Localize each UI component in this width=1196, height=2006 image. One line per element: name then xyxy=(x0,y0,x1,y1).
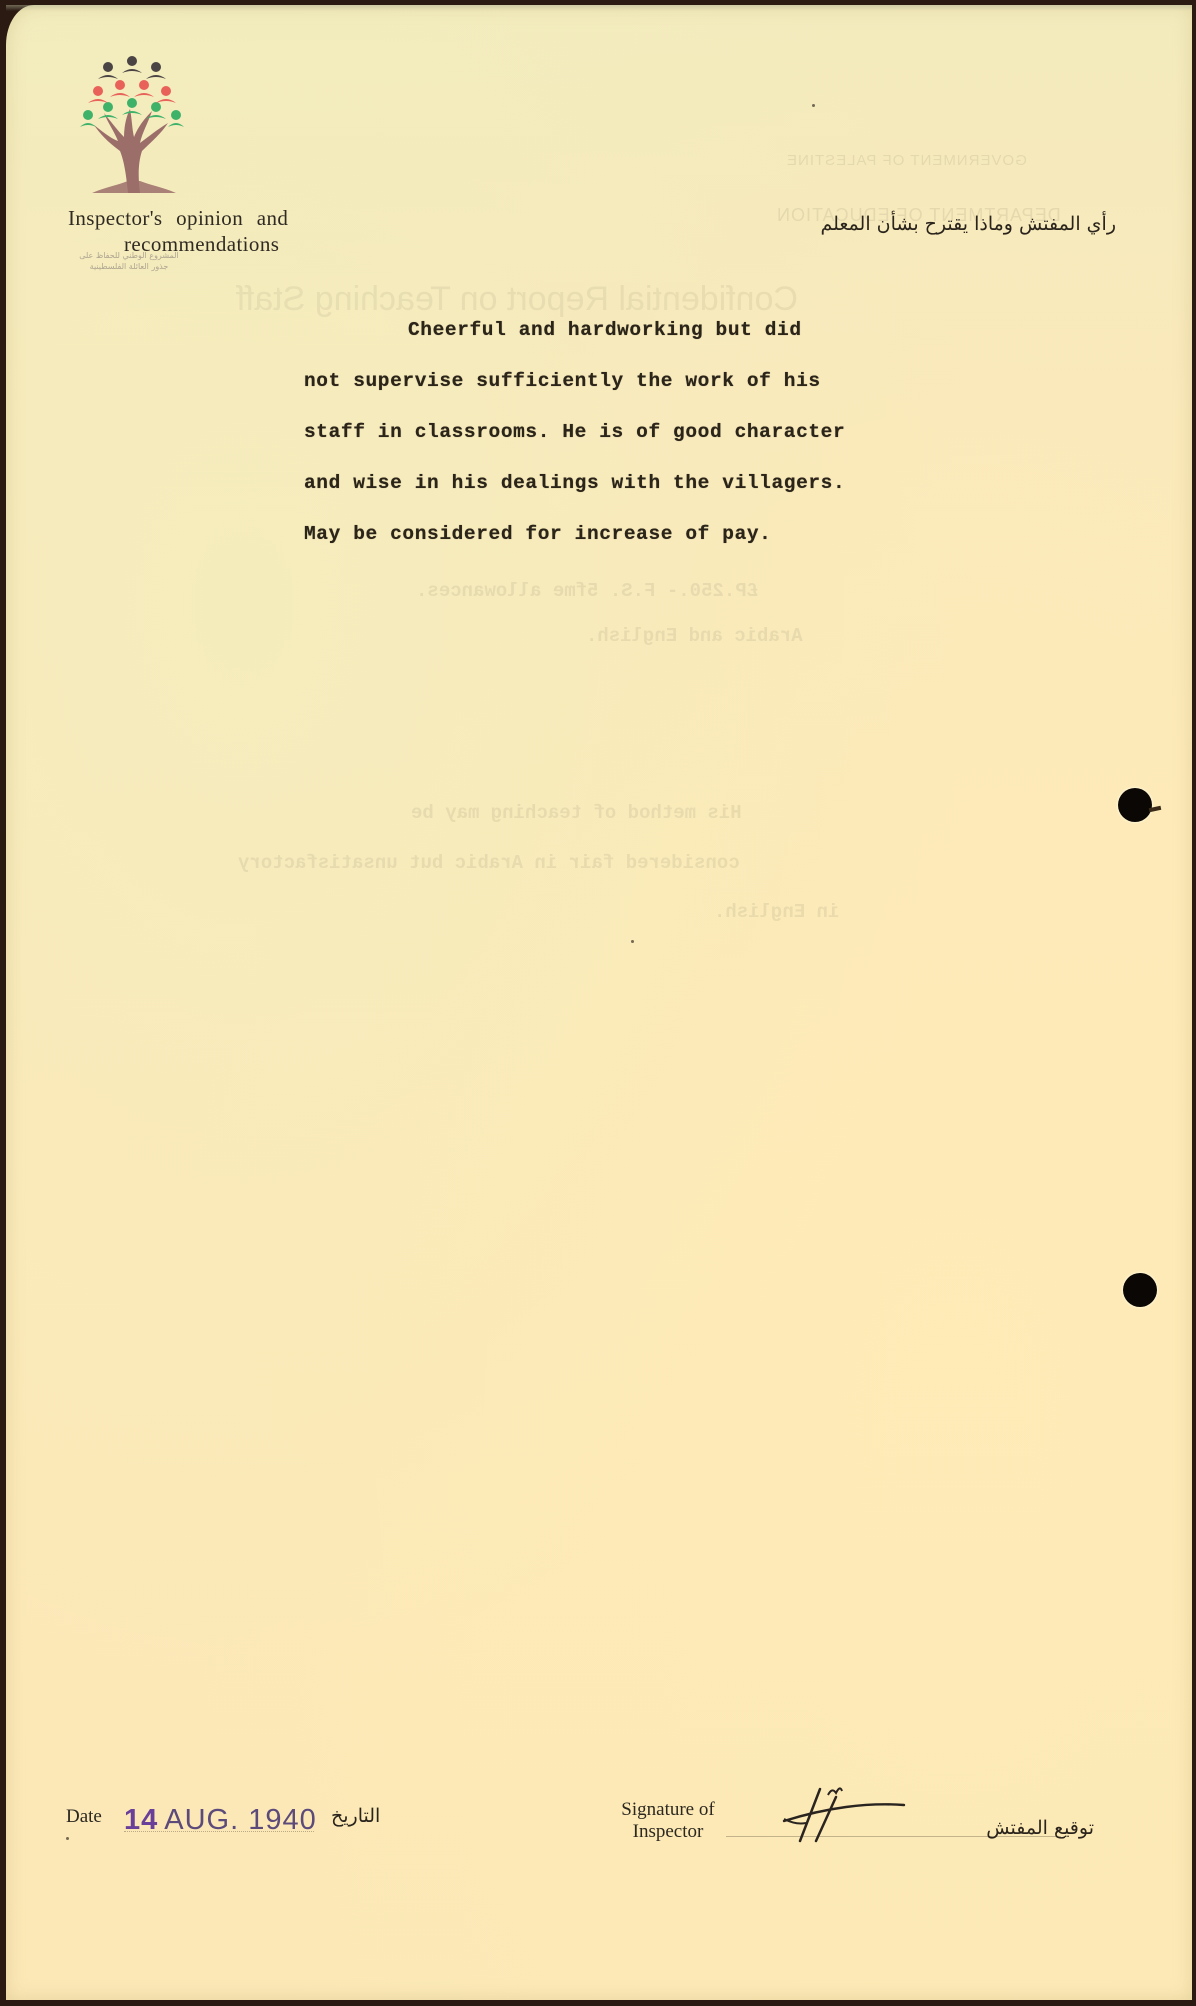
section-label-en-line1: Inspector's opinion and xyxy=(68,205,288,231)
date-label-ar: التاريخ xyxy=(331,1805,380,1827)
bleed-through-line-e: in English. xyxy=(714,901,839,923)
paper-speck xyxy=(631,940,634,943)
bleed-through-line-b: Arabic and English. xyxy=(586,625,803,647)
bleed-through-line-d: considered fair in Arabic but unsatisfac… xyxy=(238,852,740,874)
remarks-line: May be considered for increase of pay. xyxy=(304,509,1024,560)
signature-label-line1: Signature of xyxy=(598,1799,738,1821)
section-label-ar: رأي المفتش وماذا يقترح بشأن المعلم xyxy=(820,213,1116,235)
signature-label: Signature of Inspector xyxy=(598,1799,738,1843)
punch-hole xyxy=(1118,788,1152,822)
remarks-line: not supervise sufficiently the work of h… xyxy=(304,356,1024,407)
handwritten-signature-icon xyxy=(776,1783,916,1843)
section-label-en-line2: recommendations xyxy=(68,231,288,257)
remarks-line: staff in classrooms. He is of good chara… xyxy=(304,407,1024,458)
inspector-remarks: Cheerful and hardworking but did not sup… xyxy=(304,305,1024,560)
signature-label-line2: Inspector xyxy=(598,1821,738,1843)
logo-caption-line2: جذور العائلة الفلسطينية xyxy=(64,261,194,272)
bleed-through-line-c: His method of teaching may be xyxy=(411,802,742,824)
family-tree-logo-icon xyxy=(78,53,186,193)
paper-speck xyxy=(812,104,815,107)
remarks-line: and wise in his dealings with the villag… xyxy=(304,458,1024,509)
signature-label-ar: توقيع المفتش xyxy=(986,1817,1094,1839)
date-stamp: 14AUG. 1940 xyxy=(124,1804,317,1837)
bleed-through-government: GOVERNMENT OF PALESTINE xyxy=(786,152,1027,169)
section-label-en: Inspector's opinion and recommendations xyxy=(68,205,288,257)
date-stamp-month-year: AUG. 1940 xyxy=(164,1804,316,1836)
document-page: GOVERNMENT OF PALESTINE DEPARTMENT OF ED… xyxy=(6,5,1192,2000)
date-label: Date xyxy=(66,1806,102,1828)
paper-speck xyxy=(66,1837,69,1840)
remarks-line: Cheerful and hardworking but did xyxy=(304,305,1024,356)
punch-hole-tear xyxy=(1149,806,1162,812)
date-stamp-day: 14 xyxy=(124,1804,158,1836)
punch-hole xyxy=(1123,1273,1157,1307)
bleed-through-line-a: £P.250.- F.S. 5fme allowances. xyxy=(416,580,758,602)
